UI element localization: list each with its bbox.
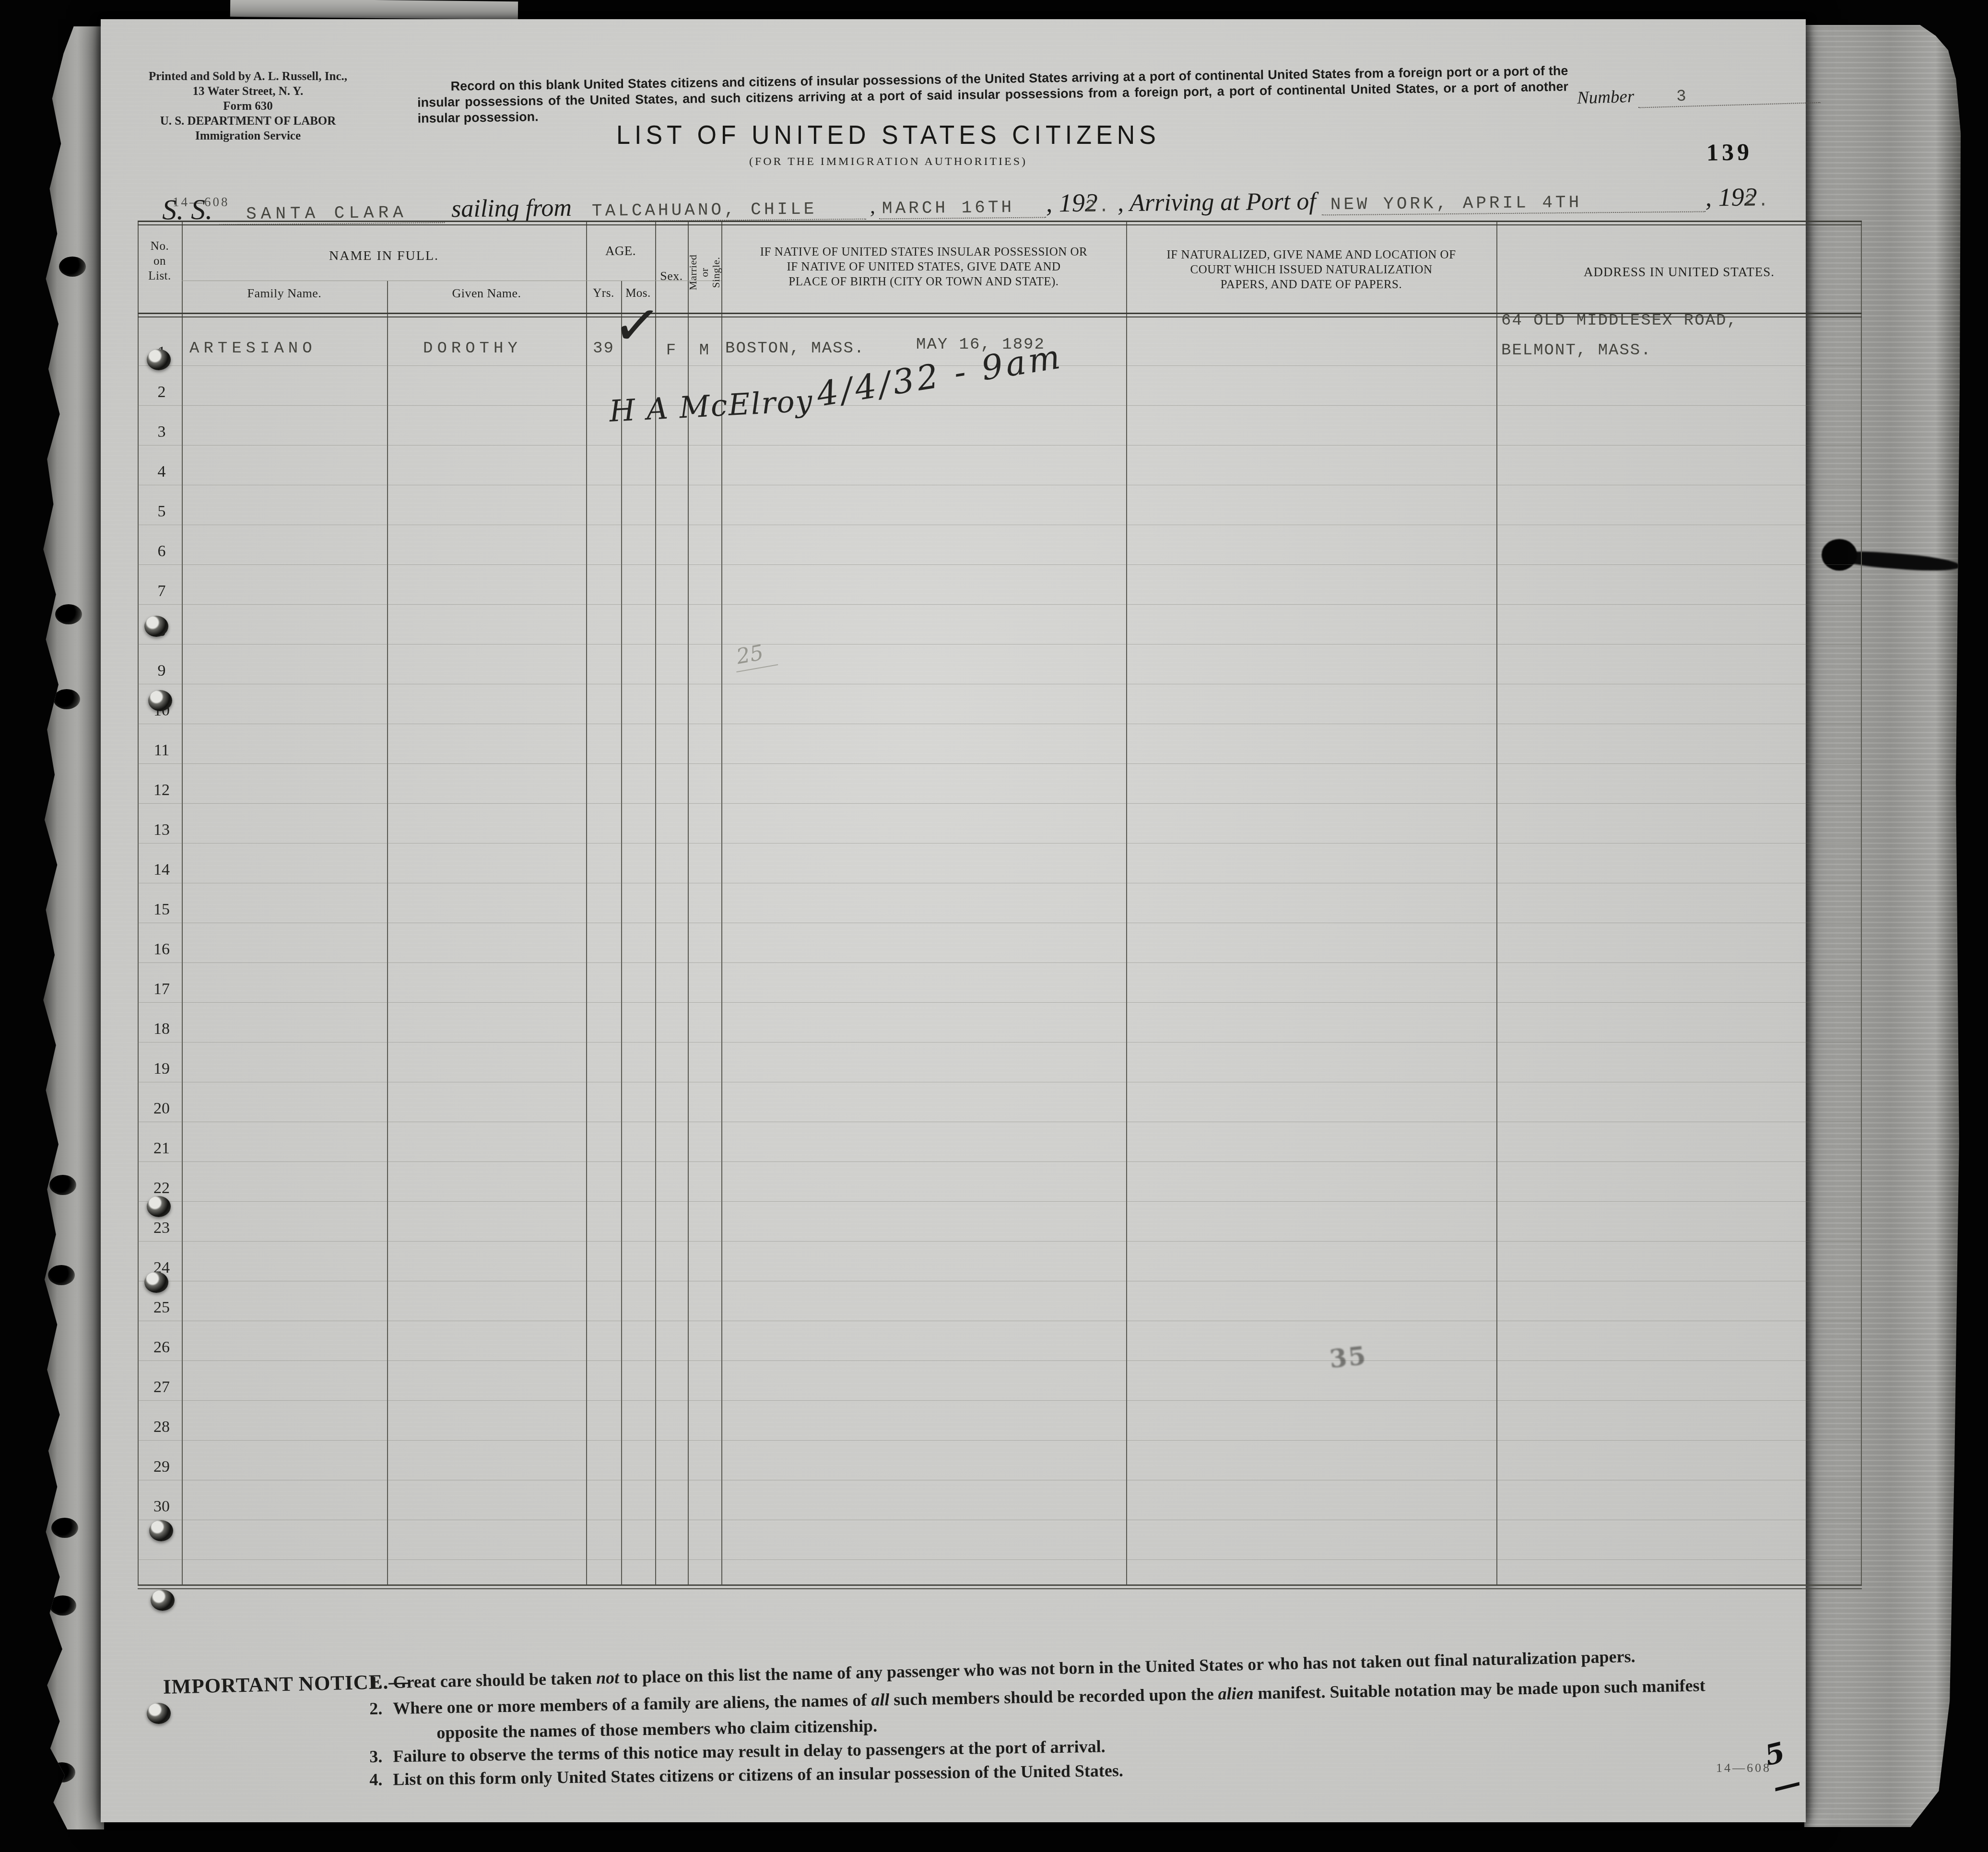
table-horizontal-line [138, 843, 1861, 844]
row-number: 23 [138, 1219, 186, 1242]
no-l1: No. [138, 239, 182, 254]
table-horizontal-line [138, 923, 1861, 923]
row-number: 27 [138, 1378, 186, 1401]
printer-line1: Printed and Sold by A. L. Russell, Inc., [130, 69, 365, 84]
punch-hole [53, 689, 80, 709]
col-header-sex: Sex. [655, 269, 688, 283]
col-header-address: ADDRESS IN UNITED STATES. [1496, 265, 1862, 280]
sailing-date-blank: MARCH 16TH [879, 197, 1046, 219]
notice-item-4-text: List on this form only United States cit… [393, 1761, 1123, 1789]
binder-fastener [147, 1196, 171, 1217]
table-horizontal-line [138, 221, 1862, 222]
smudge-stamp: 35 [1328, 1341, 1368, 1374]
punch-hole [59, 257, 86, 277]
notice-item-2-num: 2. [369, 1699, 383, 1718]
no-l3: List. [138, 269, 182, 283]
table-vertical-line [586, 221, 587, 1586]
check-mark: ✓ [610, 290, 665, 362]
notice-item-2-c: manifest. Suitable notation may be made … [1253, 1676, 1706, 1702]
background-paper-sliver [230, 0, 518, 20]
row-number: 30 [138, 1498, 186, 1521]
table-horizontal-line [138, 1082, 1861, 1082]
form-page: Printed and Sold by A. L. Russell, Inc.,… [101, 19, 1806, 1822]
notice-item-1-num: 1. [369, 1673, 383, 1692]
binder-fastener [147, 1703, 171, 1724]
table-horizontal-line [138, 1241, 1861, 1242]
table-horizontal-line [138, 564, 1861, 565]
row-number: 29 [138, 1458, 186, 1481]
notice-item-2-em2: alien [1218, 1684, 1254, 1703]
sailing-port: TALCAHUANO, CHILE [578, 199, 817, 221]
binder-fastener [144, 616, 168, 637]
entry-sex: F [655, 341, 688, 360]
col-header-name-in-full: NAME IN FULL. [182, 248, 586, 263]
col-header-married-or-single: Married or Single. [688, 234, 721, 311]
punch-hole [49, 1175, 76, 1195]
page-number-stamp: 139 [1706, 138, 1753, 166]
table-horizontal-line [138, 1480, 1861, 1480]
col-header-family-name: Family Name. [182, 286, 387, 301]
record-instruction: Record on this blank United States citiz… [417, 63, 1568, 126]
binder-fastener [147, 349, 171, 370]
table-horizontal-line [138, 962, 1861, 963]
sailing-year-typed: 2. [1085, 197, 1112, 216]
notice-item-1-a: Great care should be taken [393, 1668, 596, 1692]
table-horizontal-line [138, 644, 1861, 645]
service-name: Immigration Service [130, 129, 365, 143]
table-vertical-line [1126, 221, 1127, 1586]
number-line: Number 3 [1576, 81, 1820, 110]
punch-hole [55, 604, 82, 624]
sailing-port-blank: TALCAHUANO, CHILE [578, 199, 866, 222]
entry-address-line1: 64 OLD MIDDLESEX ROAD, [1501, 312, 1738, 330]
plate-code-bottom: 14—608 [1716, 1761, 1771, 1775]
table-horizontal-line [138, 1321, 1861, 1321]
table-horizontal-line [138, 803, 1861, 804]
col-header-given-name: Given Name. [387, 286, 586, 301]
table-vertical-line [721, 221, 722, 1586]
table-horizontal-line [138, 1042, 1861, 1043]
binder-fastener [144, 1272, 168, 1293]
handwritten-signature: H A McElroy [608, 383, 814, 429]
page-title: LIST OF UNITED STATES CITIZENS [457, 120, 1320, 151]
entry-birth-place: BOSTON, MASS. [725, 340, 865, 358]
row-number: 4 [138, 463, 186, 486]
table-horizontal-line [182, 281, 721, 281]
row-number: 16 [138, 940, 186, 963]
row-number: 19 [138, 1060, 186, 1083]
table-horizontal-line [138, 405, 1861, 406]
binder-fastener [151, 1590, 175, 1611]
punch-hole [49, 1595, 76, 1616]
notice-item-1-em: not [596, 1668, 620, 1688]
table-vertical-line [621, 281, 622, 1586]
col-header-naturalized: IF NATURALIZED, GIVE NAME AND LOCATION O… [1130, 247, 1493, 292]
punch-hole [48, 1265, 75, 1285]
birth-l3: PLACE OF BIRTH (CITY OR TOWN AND STATE). [725, 274, 1122, 289]
row-number: 21 [138, 1139, 186, 1162]
row-number: 3 [138, 423, 186, 446]
form-number: Form 630 [130, 99, 365, 114]
birth-l1: IF NATIVE OF UNITED STATES INSULAR POSSE… [725, 245, 1122, 259]
table-vertical-line [688, 221, 689, 1586]
ink-blob [1822, 539, 1857, 571]
row-number: 25 [138, 1299, 186, 1322]
table-horizontal-line [138, 1520, 1861, 1520]
table-horizontal-line [138, 1281, 1861, 1281]
row-number: 15 [138, 901, 186, 924]
row-number: 17 [138, 980, 186, 1003]
sailing-from-label: sailing from [451, 194, 572, 223]
married-l1: Married [687, 255, 699, 290]
table-horizontal-line [138, 1559, 1861, 1560]
row-number: 28 [138, 1418, 186, 1441]
nat-l3: PAPERS, AND DATE OF PAPERS. [1130, 277, 1493, 292]
right-paper-stack-edge [1804, 25, 1961, 1827]
table-horizontal-line [138, 763, 1861, 764]
table-vertical-line [1496, 221, 1497, 1586]
row-number: 2 [138, 383, 186, 406]
table-horizontal-line [138, 883, 1861, 883]
punch-hole [51, 1518, 78, 1538]
left-paper-stack-edge [41, 26, 104, 1829]
number-blank: 3 [1638, 84, 1821, 108]
binder-fastener [148, 690, 172, 711]
table-horizontal-line [138, 1002, 1861, 1003]
nat-l2: COURT WHICH ISSUED NATURALIZATION [1130, 262, 1493, 277]
row-number: 5 [138, 503, 186, 526]
scanned-document-screenshot: { "colors": { "page_bg": "#d2d2cf", "pri… [0, 0, 1988, 1852]
comma-preprint: , [870, 194, 875, 219]
arrival-port: NEW YORK, APRIL 4TH [1322, 193, 1582, 215]
row-number: 13 [138, 821, 186, 844]
table-horizontal-line [138, 485, 1861, 485]
printer-block: Printed and Sold by A. L. Russell, Inc.,… [130, 69, 365, 143]
married-rotated-text: Married or Single. [687, 255, 722, 290]
entry-family-name: ARTESIANO [189, 340, 317, 358]
row-number: 6 [138, 542, 186, 565]
entry-given-name: DOROTHY [423, 340, 522, 358]
page-subtitle: (FOR THE IMMIGRATION AUTHORITIES) [457, 155, 1320, 168]
table-horizontal-line [138, 1584, 1862, 1586]
row-number: 18 [138, 1020, 186, 1043]
nat-l1: IF NATURALIZED, GIVE NAME AND LOCATION O… [1130, 247, 1493, 262]
notice-item-2-cont: opposite the names of those members who … [436, 1716, 877, 1743]
table-horizontal-line [138, 1122, 1861, 1122]
married-l2: or Single. [699, 255, 722, 290]
col-header-no-on-list: No. on List. [138, 239, 182, 283]
row-number: 12 [138, 781, 186, 804]
title-block: LIST OF UNITED STATES CITIZENS (FOR THE … [457, 121, 1320, 168]
table-horizontal-line [138, 445, 1861, 445]
birth-l2: IF NATIVE OF UNITED STATES, GIVE DATE AN… [725, 259, 1122, 274]
table-horizontal-line [138, 1201, 1861, 1202]
row-number: 9 [138, 662, 186, 685]
table-horizontal-line [138, 604, 1861, 605]
sailing-date: MARCH 16TH [879, 198, 1014, 218]
row-number: 11 [138, 741, 186, 764]
table-horizontal-line [138, 1588, 1862, 1589]
notice-item-2-em1: all [871, 1690, 890, 1710]
table-horizontal-line [138, 1161, 1861, 1162]
row-number: 20 [138, 1100, 186, 1123]
row-number: 7 [138, 582, 186, 605]
table-horizontal-line [138, 1360, 1861, 1361]
table-horizontal-line [138, 1400, 1861, 1401]
binder-fastener [149, 1520, 173, 1541]
entry-married: M [688, 341, 721, 360]
pencil-note: 25 [732, 638, 778, 672]
bottom-hand-mark: 5— [1762, 1732, 1813, 1804]
arriving-label: , Arriving at Port of [1118, 187, 1316, 217]
table-vertical-line [387, 281, 388, 1586]
department-name: U. S. DEPARTMENT OF LABOR [130, 114, 365, 129]
arrival-port-blank: NEW YORK, APRIL 4TH [1322, 191, 1706, 215]
col-header-birth: IF NATIVE OF UNITED STATES INSULAR POSSE… [725, 245, 1122, 289]
number-label: Number [1576, 86, 1634, 108]
table-horizontal-line [138, 684, 1861, 684]
row-number: 26 [138, 1338, 186, 1361]
printer-line2: 13 Water Street, N. Y. [130, 84, 365, 99]
row-number: 14 [138, 861, 186, 884]
table-horizontal-line [138, 224, 1862, 225]
voyage-line: S. S. SANTA CLARA sailing from TALCAHUAN… [162, 179, 1864, 227]
notice-item-2-b: such members should be recorded upon the [889, 1684, 1218, 1709]
notice-item-4-num: 4. [369, 1770, 382, 1789]
arrival-year-typed: 2. [1745, 191, 1772, 211]
table-horizontal-line [138, 525, 1861, 525]
notice-item-2-a: Where one or more members of a family ar… [393, 1690, 871, 1718]
entry-address-line2: BELMONT, MASS. [1501, 341, 1652, 360]
table-vertical-line [1861, 221, 1862, 1586]
table-horizontal-line [138, 1440, 1861, 1441]
no-l2: on [138, 254, 182, 269]
punch-hole [48, 1762, 75, 1782]
table-horizontal-line [138, 724, 1861, 724]
number-value: 3 [1638, 88, 1689, 107]
col-header-age: AGE. [586, 244, 655, 258]
notice-item-3-num: 3. [369, 1747, 383, 1766]
